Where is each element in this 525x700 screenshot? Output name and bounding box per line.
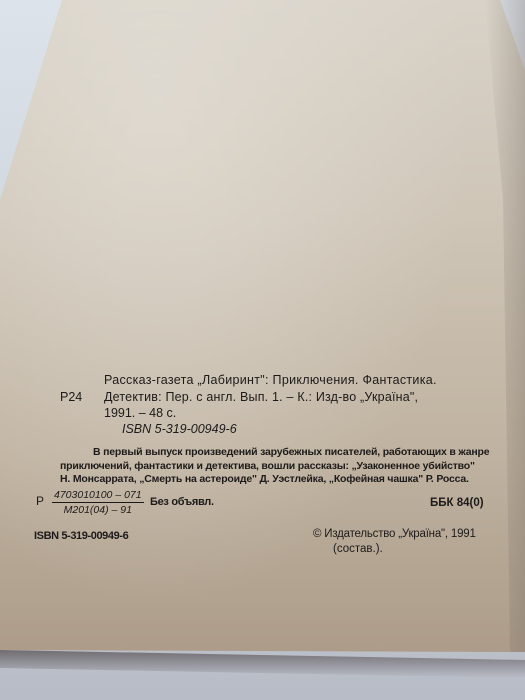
index-numerator: 4703010100 – 071 [52, 489, 144, 503]
index-denominator: М201(04) – 91 [52, 503, 144, 516]
copyright: © Издательство „Україна", 1991 [313, 528, 476, 540]
description-line-2: Детектив: Пер. с англ. Вып. 1. – К.: Изд… [104, 390, 418, 404]
index-letter: Р [36, 494, 44, 508]
bbk-code: ББК 84(0) [430, 497, 484, 509]
annotation-line: В первый выпуск произведений зарубежных … [60, 446, 500, 460]
annotation: В первый выпуск произведений зарубежных … [60, 446, 500, 487]
annotation-line: приключений, фантастики и детектива, вош… [60, 460, 500, 474]
annotation-line: Н. Монсаррата, „Смерть на астероиде" Д. … [60, 473, 500, 487]
book-title-line: Рассказ-газета „Лабиринт": Приключения. … [104, 373, 437, 387]
description-line-3: 1991. – 48 с. [104, 406, 176, 420]
isbn-top: ISBN 5-319-00949-6 [122, 422, 237, 436]
copyright-note: (состав.). [333, 543, 383, 555]
paper-page [0, 0, 525, 700]
isbn-bottom: ISBN 5-319-00949-6 [34, 530, 128, 542]
index-fraction: 4703010100 – 071 М201(04) – 91 [52, 489, 144, 516]
classification-code: Р24 [60, 390, 82, 404]
price-note: Без объявл. [150, 496, 214, 508]
